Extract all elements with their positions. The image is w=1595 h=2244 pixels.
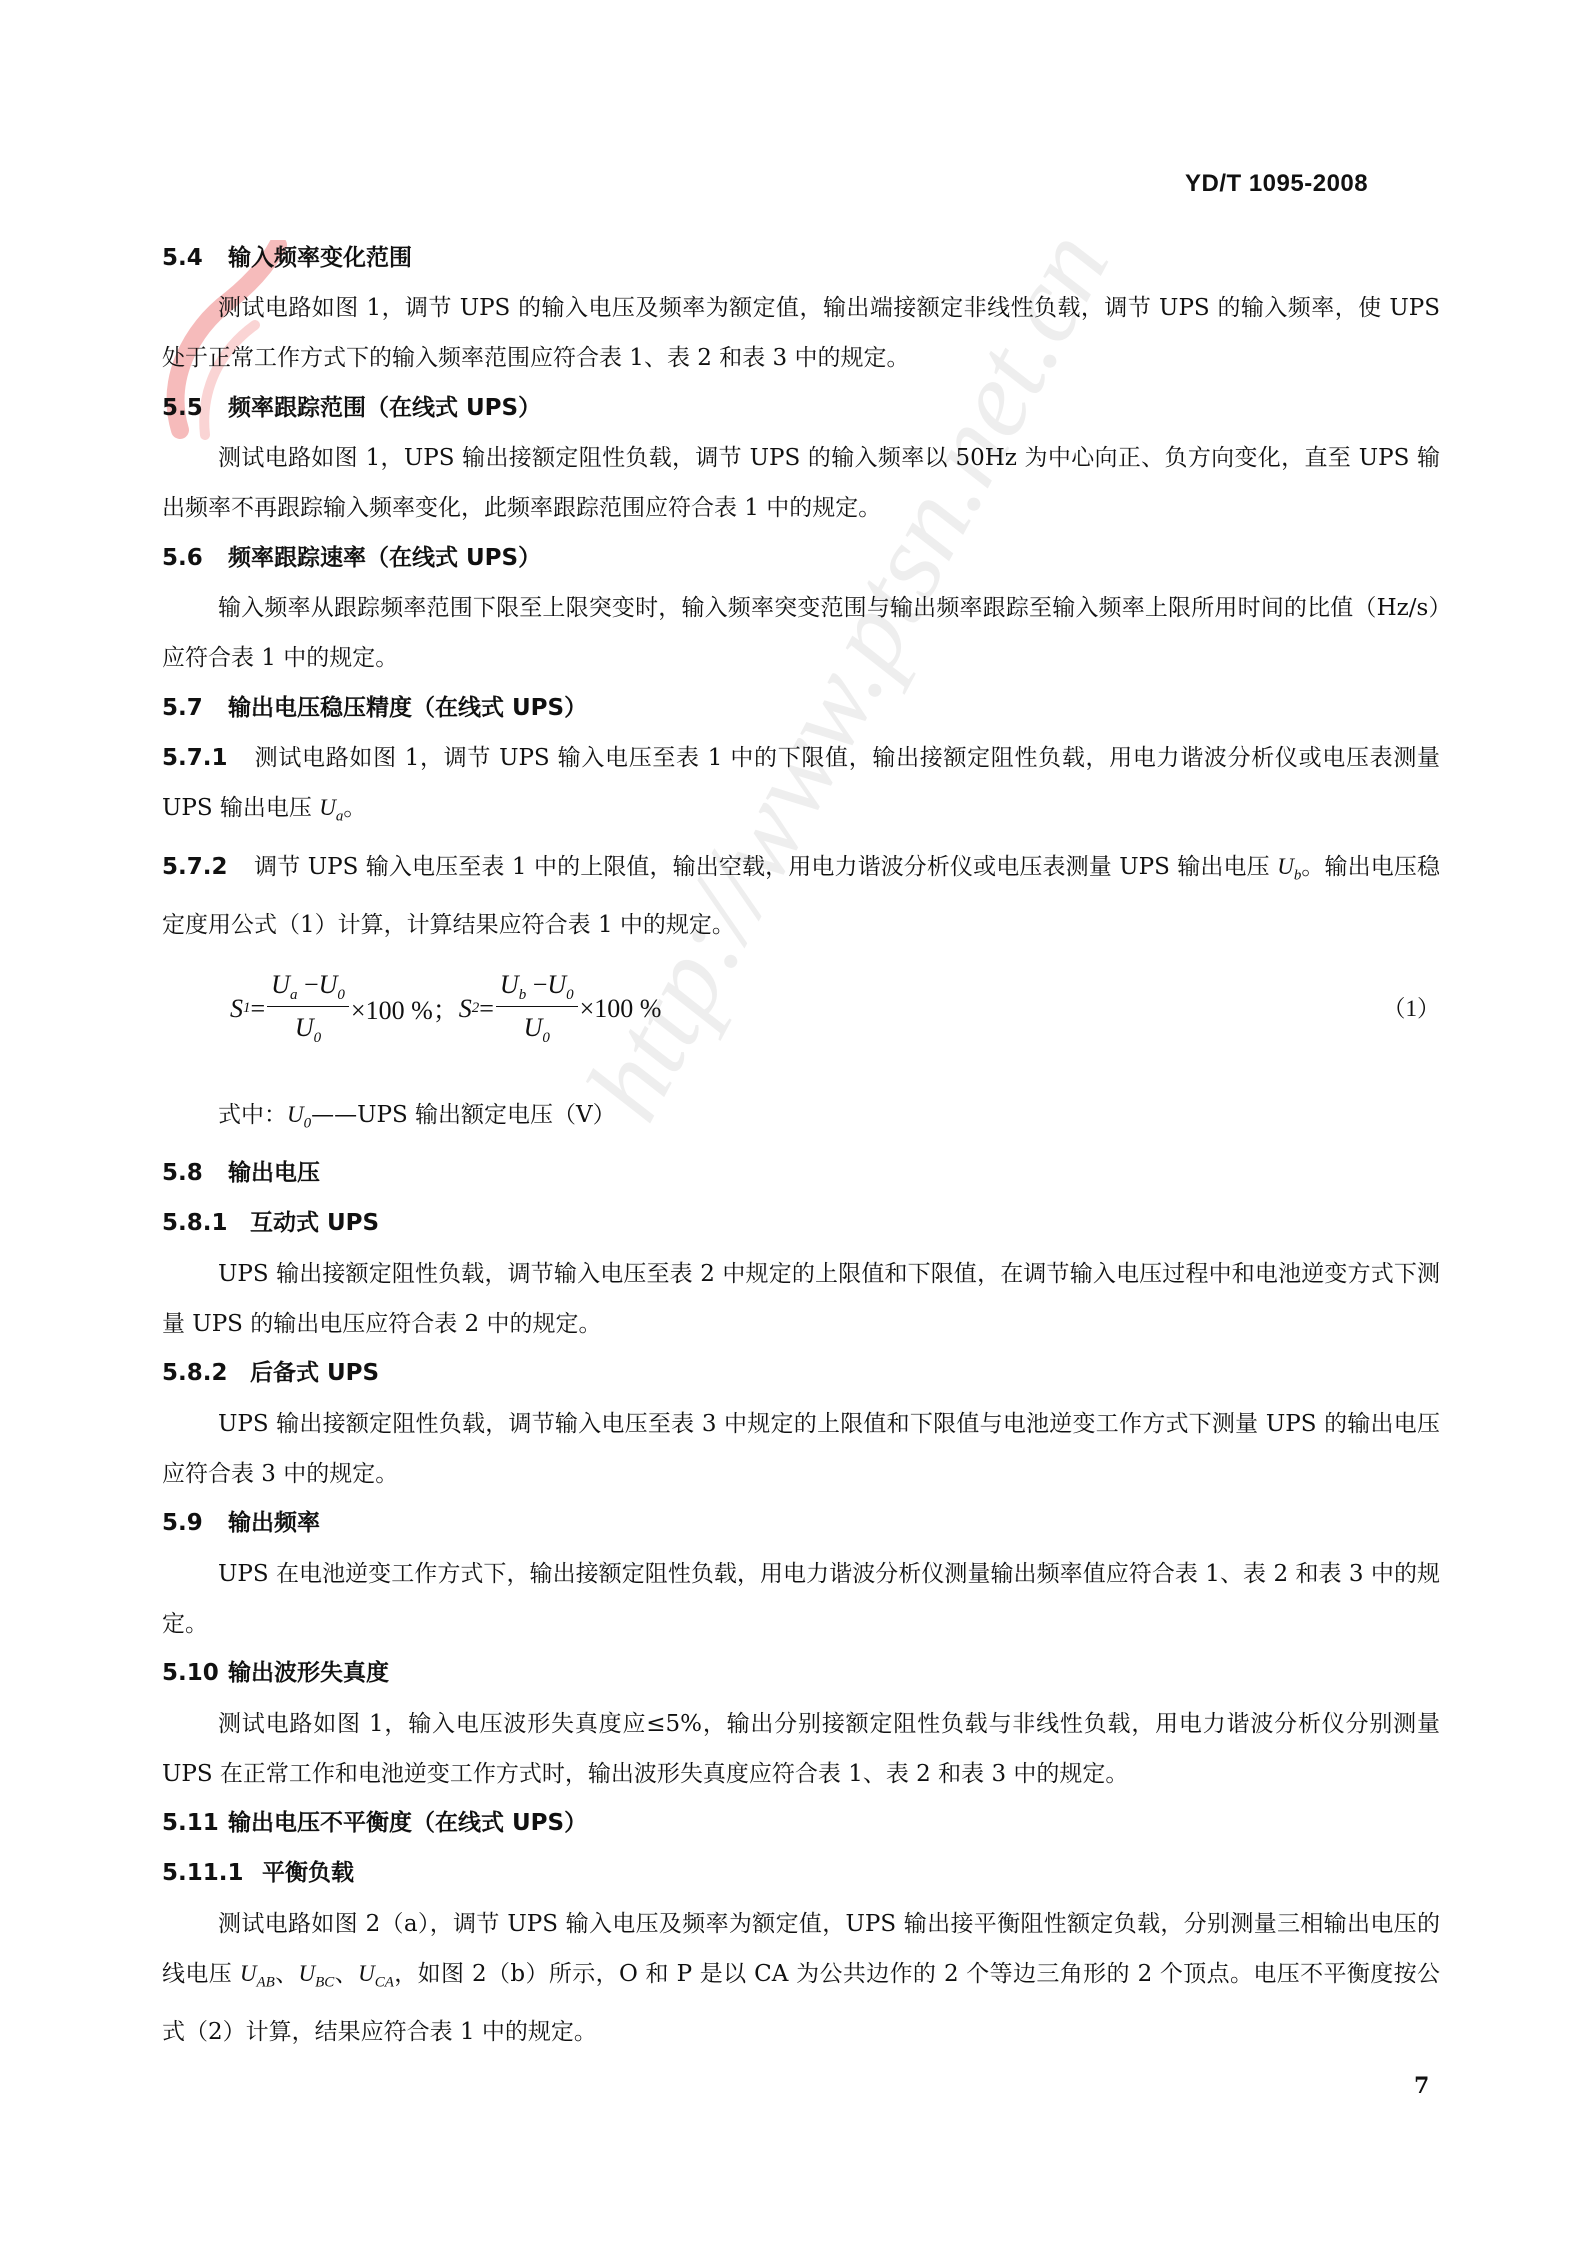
section-heading-5-8-2: 5.8.2 后备式 UPS — [162, 1349, 1440, 1399]
equation-number: （1） — [1383, 990, 1441, 1023]
paragraph-5-7-1: 5.7.1测试电路如图 1，调节 UPS 输入电压至表 1 中的下限值，输出接额… — [162, 733, 1440, 842]
section-number: 5.9 — [162, 1507, 228, 1540]
section-number: 5.10 — [162, 1657, 228, 1690]
formula-1: S1 = Ua −U0 U0 ×100 %； S2 = Ub −U0 U0 ×1… — [162, 962, 1440, 1072]
section-number: 5.6 — [162, 542, 228, 575]
section-number: 5.8 — [162, 1157, 228, 1190]
paragraph-5-4: 测试电路如图 1，调节 UPS 的输入电压及频率为额定值，输出端接额定非线性负载… — [162, 283, 1440, 383]
clause-number: 5.7.1 — [162, 733, 254, 783]
formula-expression: S1 = Ua −U0 U0 ×100 %； S2 = Ub −U0 U0 ×1… — [230, 970, 661, 1047]
section-heading-5-7: 5.7 输出电压稳压精度（在线式 UPS） — [162, 683, 1440, 733]
paragraph-5-6: 输入频率从跟踪频率范围下限至上限突变时，输入频率突变范围与输出频率跟踪至输入频率… — [162, 583, 1440, 683]
paragraph-5-8-2: UPS 输出接额定阻性负载，调节输入电压至表 3 中规定的上限值和下限值与电池逆… — [162, 1399, 1440, 1499]
section-number: 5.8.1 — [162, 1207, 250, 1240]
section-heading-5-5: 5.5 频率跟踪范围（在线式 UPS） — [162, 383, 1440, 433]
fraction-s2: Ub −U0 U0 — [496, 970, 578, 1047]
paragraph-5-5: 测试电路如图 1，UPS 输出接额定阻性负载，调节 UPS 的输入频率以 50H… — [162, 433, 1440, 533]
fraction-s1: Ua −U0 U0 — [267, 970, 349, 1047]
section-title: 输出电压稳压精度（在线式 UPS） — [228, 692, 587, 725]
section-title: 后备式 UPS — [250, 1357, 379, 1390]
section-title: 平衡负载 — [262, 1857, 354, 1890]
variable-ua: Ua — [319, 795, 343, 820]
section-title: 互动式 UPS — [250, 1207, 379, 1240]
section-heading-5-11-1: 5.11.1 平衡负载 — [162, 1849, 1440, 1899]
section-heading-5-8: 5.8 输出电压 — [162, 1149, 1440, 1199]
paragraph-5-9: UPS 在电池逆变工作方式下，输出接额定阻性负载，用电力谐波分析仪测量输出频率值… — [162, 1549, 1440, 1649]
section-title: 频率跟踪范围（在线式 UPS） — [228, 392, 541, 425]
section-title: 输入频率变化范围 — [228, 242, 412, 275]
section-heading-5-8-1: 5.8.1 互动式 UPS — [162, 1199, 1440, 1249]
section-number: 5.8.2 — [162, 1357, 250, 1390]
variable-ub: Ub — [1277, 854, 1301, 879]
clause-text: 调节 UPS 输入电压至表 1 中的上限值，输出空载，用电力谐波分析仪或电压表测… — [254, 854, 1277, 880]
section-number: 5.11 — [162, 1807, 228, 1840]
section-heading-5-4: 5.4 输入频率变化范围 — [162, 233, 1440, 283]
document-code: YD/T 1095-2008 — [1185, 170, 1368, 198]
paragraph-5-10: 测试电路如图 1，输入电压波形失真度应≤5%，输出分别接额定阻性负载与非线性负载… — [162, 1699, 1440, 1799]
document-page: http://www.ptsn.net.cn YD/T 1095-2008 5.… — [0, 0, 1595, 2244]
clause-number: 5.7.2 — [162, 842, 254, 892]
variable-uab: UAB — [240, 1961, 275, 1986]
clause-text-end: 。 — [343, 795, 366, 821]
page-number: 7 — [1414, 2073, 1429, 2099]
paragraph-5-7-2: 5.7.2调节 UPS 输入电压至表 1 中的上限值，输出空载，用电力谐波分析仪… — [162, 842, 1440, 951]
variable-ubc: UBC — [299, 1961, 335, 1986]
formula-where-clause: 式中：U0——UPS 输出额定电压（V） — [162, 1090, 1440, 1149]
section-heading-5-10: 5.10 输出波形失真度 — [162, 1649, 1440, 1699]
paragraph-5-8-1: UPS 输出接额定阻性负载，调节输入电压至表 2 中规定的上限值和下限值，在调节… — [162, 1249, 1440, 1349]
section-title: 输出电压不平衡度（在线式 UPS） — [228, 1807, 587, 1840]
section-title: 输出频率 — [228, 1507, 320, 1540]
section-title: 输出电压 — [228, 1157, 320, 1190]
section-number: 5.7 — [162, 692, 228, 725]
section-heading-5-11: 5.11 输出电压不平衡度（在线式 UPS） — [162, 1799, 1440, 1849]
document-body: 5.4 输入频率变化范围 测试电路如图 1，调节 UPS 的输入电压及频率为额定… — [162, 233, 1440, 2057]
section-number: 5.5 — [162, 392, 228, 425]
section-title: 频率跟踪速率（在线式 UPS） — [228, 542, 541, 575]
section-heading-5-6: 5.6 频率跟踪速率（在线式 UPS） — [162, 533, 1440, 583]
variable-uca: UCA — [358, 1961, 394, 1986]
section-number: 5.11.1 — [162, 1857, 262, 1890]
section-heading-5-9: 5.9 输出频率 — [162, 1499, 1440, 1549]
section-title: 输出波形失真度 — [228, 1657, 389, 1690]
section-number: 5.4 — [162, 242, 228, 275]
paragraph-5-11-1: 测试电路如图 2（a），调节 UPS 输入电压及频率为额定值，UPS 输出接平衡… — [162, 1899, 1440, 2058]
